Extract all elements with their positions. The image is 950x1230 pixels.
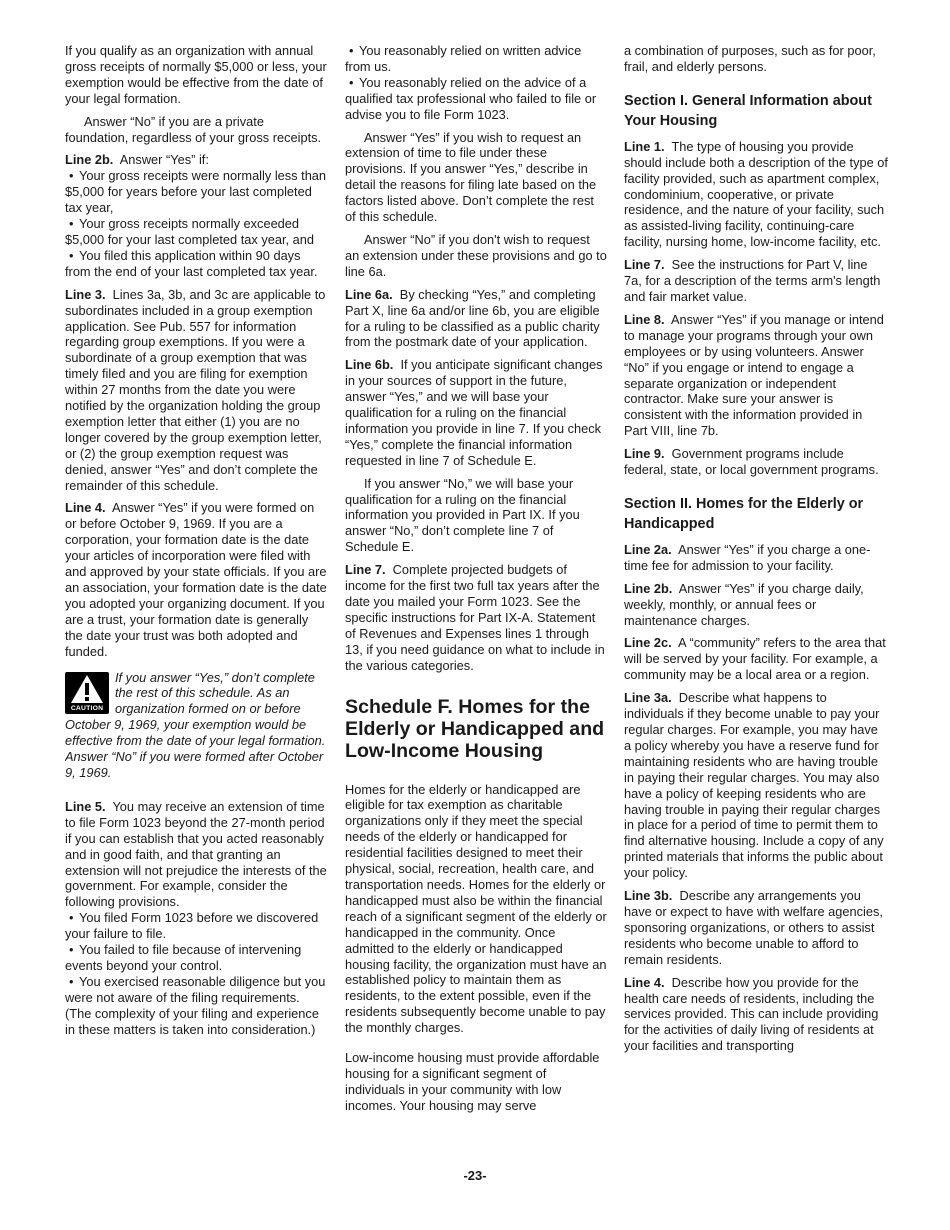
bullet-item: Your gross receipts were normally less t…	[65, 168, 327, 216]
column-1: If you qualify as an organization with a…	[65, 43, 327, 1044]
line-text: Lines 3a, 3b, and 3c are applicable to s…	[65, 287, 325, 493]
line-2b-section: Line 2b. Answer “Yes” if: Your gross rec…	[65, 152, 327, 279]
line-2c-paragraph: Line 2c. A “community” refers to the are…	[624, 635, 888, 683]
line-label: Line 2c.	[624, 635, 672, 650]
line-7-paragraph: Line 7. See the instructions for Part V,…	[624, 257, 888, 305]
bullet-item: You exercised reasonable diligence but y…	[65, 974, 327, 1038]
line-3-paragraph: Line 3. Lines 3a, 3b, and 3c are applica…	[65, 287, 327, 494]
bullet-item: You reasonably relied on written advice …	[345, 43, 607, 75]
caution-label: CAUTION	[65, 705, 109, 713]
bullet-item: You reasonably relied on the advice of a…	[345, 75, 607, 123]
paragraph: a combination of purposes, such as for p…	[624, 43, 888, 75]
line-label: Line 7.	[345, 562, 386, 577]
column-2: You reasonably relied on written advice …	[345, 43, 607, 1121]
schedule-f-title: Schedule F. Homes for the Elderly or Han…	[345, 696, 607, 762]
caution-note: CAUTION If you answer “Yes,” don’t compl…	[65, 670, 327, 781]
line-label: Line 8.	[624, 312, 665, 327]
line-label: Line 3a.	[624, 690, 672, 705]
line-9-paragraph: Line 9. Government programs include fede…	[624, 446, 888, 478]
paragraph: Low-income housing must provide affordab…	[345, 1050, 607, 1114]
bullet-item: You failed to file because of intervenin…	[65, 942, 327, 974]
line-label: Line 6a.	[345, 287, 393, 302]
line-text: If you anticipate significant changes in…	[345, 357, 603, 467]
line-label: Line 9.	[624, 446, 665, 461]
line-6a-paragraph: Line 6a. By checking “Yes,” and completi…	[345, 287, 607, 351]
line-label: Line 7.	[624, 257, 665, 272]
line-2b-paragraph: Line 2b. Answer “Yes” if you charge dail…	[624, 581, 888, 629]
caution-icon: CAUTION	[65, 672, 109, 714]
bullet-item: You filed this application within 90 day…	[65, 248, 327, 280]
line-label: Line 2b.	[624, 581, 672, 596]
line-label: Line 4.	[624, 975, 665, 990]
line-text: You may receive an extension of time to …	[65, 799, 327, 909]
paragraph: If you answer “No,” we will base your qu…	[345, 476, 607, 556]
section-2-title: Section II. Homes for the Elderly or Han…	[624, 494, 888, 534]
line-label: Line 2a.	[624, 542, 672, 557]
line-label: Line 3b.	[624, 888, 672, 903]
line-2a-paragraph: Line 2a. Answer “Yes” if you charge a on…	[624, 542, 888, 574]
line-7-paragraph: Line 7. Complete projected budgets of in…	[345, 562, 607, 673]
paragraph: If you qualify as an organization with a…	[65, 43, 327, 107]
line-3a-paragraph: Line 3a. Describe what happens to indivi…	[624, 690, 888, 881]
line-text: Complete projected budgets of income for…	[345, 562, 605, 672]
line-text: The type of housing you provide should i…	[624, 139, 888, 249]
page-number: -23-	[0, 1168, 950, 1184]
line-4-paragraph: Line 4. Answer “Yes” if you were formed …	[65, 500, 327, 659]
bullet-item: You filed Form 1023 before we discovered…	[65, 910, 327, 942]
bullet-list: You reasonably relied on written advice …	[345, 43, 607, 123]
line-1-paragraph: Line 1. The type of housing you provide …	[624, 139, 888, 250]
paragraph: Answer “No” if you don't wish to request…	[345, 232, 607, 280]
bullet-item: Your gross receipts normally exceeded $5…	[65, 216, 327, 248]
paragraph: Answer “No” if you are a private foundat…	[65, 114, 327, 146]
line-label: Line 6b.	[345, 357, 393, 372]
line-text: Answer “Yes” if:	[120, 152, 209, 167]
line-label: Line 2b.	[65, 152, 113, 167]
line-5-section: Line 5. You may receive an extension of …	[65, 799, 327, 1038]
line-text: Answer “Yes” if you were formed on or be…	[65, 500, 327, 658]
line-4-paragraph: Line 4. Describe how you provide for the…	[624, 975, 888, 1055]
line-label: Line 3.	[65, 287, 106, 302]
column-3: a combination of purposes, such as for p…	[624, 43, 888, 1061]
line-label: Line 4.	[65, 500, 106, 515]
line-6b-paragraph: Line 6b. If you anticipate significant c…	[345, 357, 607, 468]
line-label: Line 1.	[624, 139, 665, 154]
paragraph: Homes for the elderly or handicapped are…	[345, 782, 607, 1037]
line-text: Answer “Yes” if you manage or intend to …	[624, 312, 884, 438]
line-3b-paragraph: Line 3b. Describe any arrangements you h…	[624, 888, 888, 968]
paragraph: Answer “Yes” if you wish to request an e…	[345, 130, 607, 225]
line-8-paragraph: Line 8. Answer “Yes” if you manage or in…	[624, 312, 888, 439]
line-text: Describe what happens to individuals if …	[624, 690, 884, 880]
section-1-title: Section I. General Information about You…	[624, 91, 888, 131]
line-label: Line 5.	[65, 799, 106, 814]
